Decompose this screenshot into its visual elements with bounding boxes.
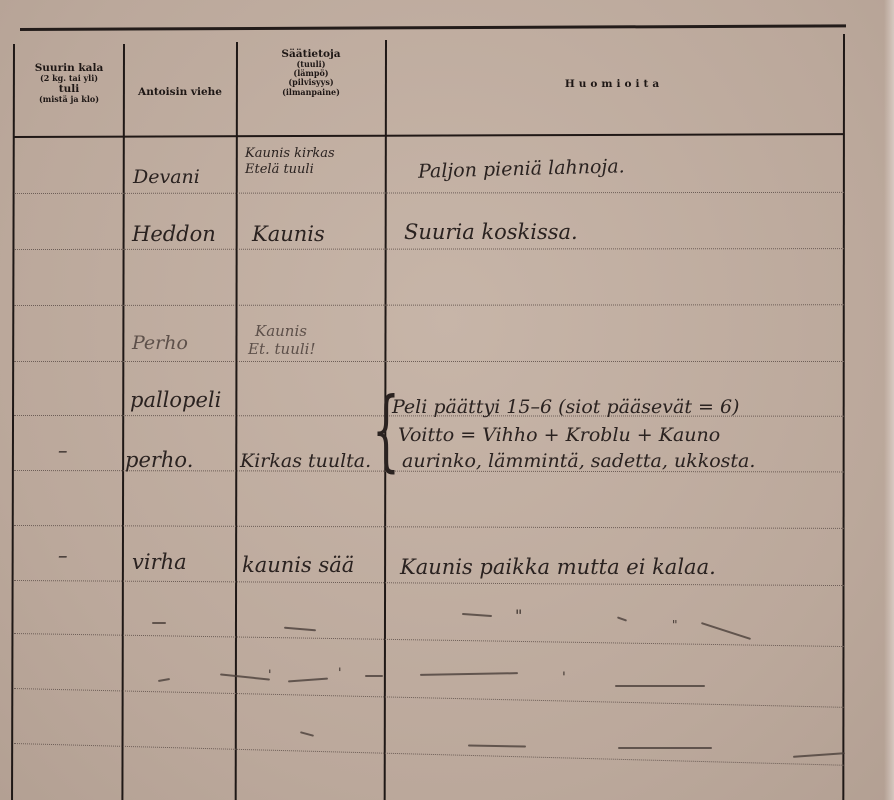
weather-entry: Kirkas tuulta. bbox=[240, 450, 371, 472]
page-edge bbox=[884, 0, 894, 800]
ditto-dash bbox=[617, 616, 627, 621]
notes-entry: Paljon pieniä lahnoja. bbox=[418, 155, 625, 182]
weather-entry: kaunis sää bbox=[242, 553, 354, 577]
ruled-line bbox=[14, 525, 844, 529]
ditto-dash bbox=[615, 685, 705, 687]
header-weather: Säätietoja (tuuli) (lämpö) (pilvisyys) (… bbox=[237, 48, 385, 97]
ditto-dash bbox=[618, 747, 712, 749]
lure-entry: pallopeli bbox=[130, 388, 221, 412]
ruled-line bbox=[14, 743, 844, 766]
ditto-dash bbox=[288, 678, 328, 683]
fishing-log-page: Suurin kala (2 kg. tai yli) tuli (mistä … bbox=[0, 0, 894, 800]
column-divider-1 bbox=[121, 44, 125, 800]
notes-entry: Suuria koskissa. bbox=[404, 220, 578, 244]
lure-entry: Perho bbox=[132, 332, 188, 354]
ruled-line bbox=[14, 248, 844, 250]
ditto-dash bbox=[462, 613, 492, 617]
biggest-fish-entry: – bbox=[58, 440, 68, 462]
ditto-dash bbox=[701, 622, 751, 640]
ditto-dash bbox=[365, 675, 383, 677]
weather-entry: Et. tuuli! bbox=[248, 340, 316, 358]
lure-entry: perho. bbox=[125, 448, 193, 472]
header-biggest-fish-line4: (mistä ja klo) bbox=[14, 95, 124, 104]
notes-entry: Peli päättyi 15–6 (siot pääsevät = 6) bbox=[392, 396, 739, 418]
column-divider-2 bbox=[235, 42, 238, 800]
ruled-line bbox=[14, 633, 844, 647]
header-weather-pressure: (ilmanpaine) bbox=[237, 88, 385, 97]
ditto-mark: ' bbox=[268, 668, 272, 683]
ditto-mark: " bbox=[672, 618, 678, 632]
lure-entry: Devani bbox=[133, 166, 200, 188]
header-biggest-fish: Suurin kala (2 kg. tai yli) tuli (mistä … bbox=[14, 62, 124, 105]
top-border-rule bbox=[20, 24, 846, 31]
header-bottom-rule bbox=[14, 133, 844, 138]
lure-entry: virha bbox=[132, 550, 187, 574]
ruled-line bbox=[14, 688, 844, 708]
weather-entry: Kaunis bbox=[252, 222, 325, 246]
biggest-fish-entry: – bbox=[58, 545, 68, 567]
ditto-dash bbox=[158, 678, 170, 682]
ditto-mark: ' bbox=[562, 670, 566, 686]
ruled-line bbox=[14, 580, 844, 586]
lure-entry: Heddon bbox=[132, 222, 216, 246]
column-divider-left bbox=[11, 44, 15, 800]
weather-entry: Kaunis bbox=[255, 322, 307, 340]
column-divider-right bbox=[842, 34, 845, 800]
ditto-dash bbox=[220, 673, 270, 680]
ditto-mark: ' bbox=[338, 666, 342, 681]
ruled-line bbox=[14, 361, 844, 362]
ditto-mark: " bbox=[515, 606, 522, 625]
header-biggest-fish-line2: (2 kg. tai yli) bbox=[14, 74, 124, 83]
ditto-dash bbox=[793, 752, 845, 758]
ditto-dash bbox=[468, 744, 526, 747]
ditto-dash bbox=[284, 627, 316, 632]
ruled-line bbox=[14, 304, 844, 306]
ditto-dash bbox=[152, 622, 166, 624]
ditto-dash bbox=[420, 672, 518, 676]
weather-entry: Kaunis kirkas bbox=[245, 146, 335, 161]
notes-entry: Kaunis paikka mutta ei kalaa. bbox=[400, 555, 716, 579]
notes-entry: Voitto = Vihho + Kroblu + Kauno bbox=[398, 424, 720, 446]
header-notes: Huomioita bbox=[386, 78, 842, 90]
ruled-line bbox=[14, 192, 844, 194]
ditto-dash bbox=[300, 731, 314, 737]
header-best-lure: Antoisin viehe bbox=[124, 86, 236, 98]
notes-entry: aurinko, lämmintä, sadetta, ukkosta. bbox=[402, 450, 755, 472]
weather-entry: Etelä tuuli bbox=[245, 162, 314, 177]
